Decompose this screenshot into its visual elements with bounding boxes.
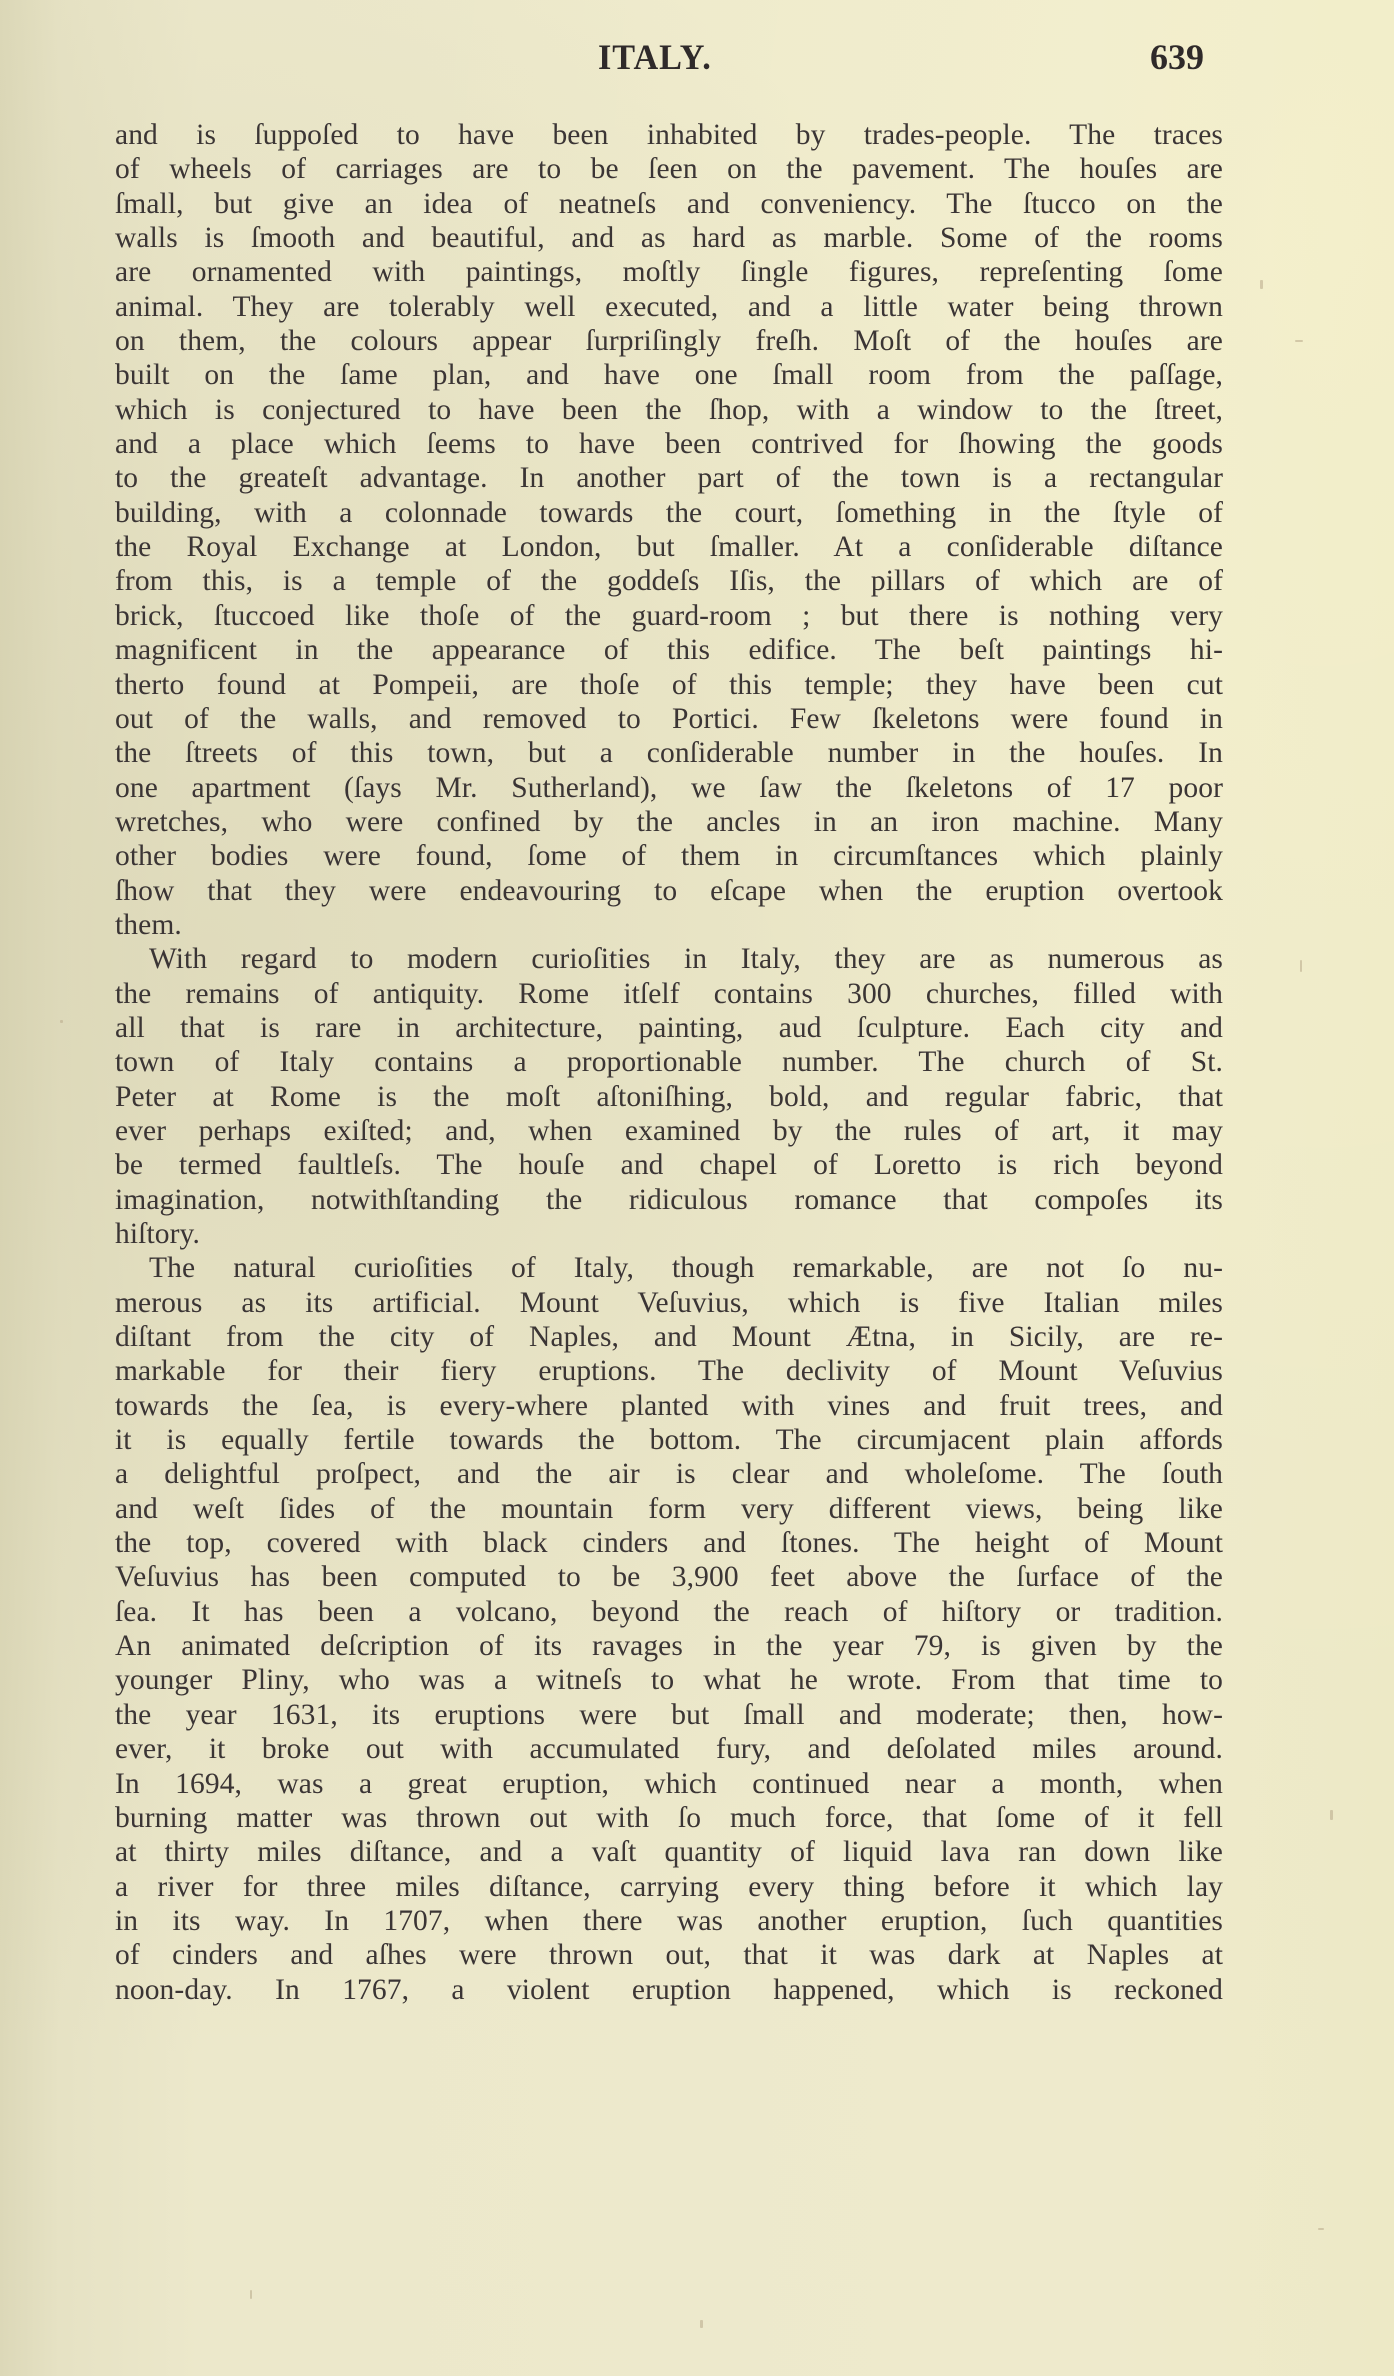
text-line: imagination, notwithſtanding the ridicul… (115, 1183, 1223, 1217)
text-line: of cinders and aſhes were thrown out, th… (115, 1938, 1223, 1972)
text-line: in its way. In 1707, when there was anot… (115, 1904, 1223, 1938)
text-line: a river for three miles diſtance, carryi… (115, 1870, 1223, 1904)
text-line: from this, is a temple of the goddeſs Iſ… (115, 564, 1223, 598)
text-line: which is conjectured to have been the ſh… (115, 393, 1223, 427)
text-line: ſmall, but give an idea of neatneſs and … (115, 187, 1223, 221)
text-line: town of Italy contains a proportionable … (115, 1045, 1223, 1079)
text-line: all that is rare in architecture, painti… (115, 1011, 1223, 1045)
paragraph-natural-curiosities: The natural curioſities of Italy, though… (115, 1251, 1223, 2007)
paper-speck (1330, 1810, 1333, 1820)
text-line: animal. They are tolerably well executed… (115, 290, 1223, 324)
text-line: burning matter was thrown out with ſo mu… (115, 1801, 1223, 1835)
running-title: ITALY. (598, 36, 712, 78)
text-line: and weſt ſides of the mountain form very… (115, 1492, 1223, 1526)
text-line: one apartment (ſays Mr. Sutherland), we … (115, 771, 1223, 805)
paper-speck (1300, 960, 1302, 972)
text-line: and is ſuppoſed to have been inhabited b… (115, 118, 1223, 152)
paper-speck (1318, 2228, 1324, 2230)
text-line: ſea. It has been a volcano, beyond the r… (115, 1595, 1223, 1629)
paper-speck (250, 2290, 252, 2299)
text-line: towards the ſea, is every-where planted … (115, 1389, 1223, 1423)
paragraph-pompeii-houses: and is ſuppoſed to have been inhabited b… (115, 118, 1223, 942)
paper-speck (1260, 280, 1263, 289)
text-line: younger Pliny, who was a witneſs to what… (115, 1663, 1223, 1697)
text-line: walls is ſmooth and beautiful, and as ha… (115, 221, 1223, 255)
text-line: the top, covered with black cinders and … (115, 1526, 1223, 1560)
text-line: wretches, who were confined by the ancle… (115, 805, 1223, 839)
text-line: the remains of antiquity. Rome itſelf co… (115, 977, 1223, 1011)
text-line: them. (115, 908, 1223, 942)
text-line: and a place which ſeems to have been con… (115, 427, 1223, 461)
text-line: brick, ſtuccoed like thoſe of the guard-… (115, 599, 1223, 633)
body-text: and is ſuppoſed to have been inhabited b… (115, 118, 1223, 2007)
text-line: out of the walls, and removed to Portici… (115, 702, 1223, 736)
text-line: to the greateſt advantage. In another pa… (115, 461, 1223, 495)
page-number: 639 (1150, 36, 1204, 78)
text-line: built on the ſame plan, and have one ſma… (115, 358, 1223, 392)
text-line: magnificent in the appearance of this ed… (115, 633, 1223, 667)
text-line: The natural curioſities of Italy, though… (115, 1251, 1223, 1285)
text-line: An animated deſcription of its ravages i… (115, 1629, 1223, 1663)
text-line: ever perhaps exiſted; and, when examined… (115, 1114, 1223, 1148)
text-line: are ornamented with paintings, moſtly ſi… (115, 255, 1223, 289)
text-line: noon-day. In 1767, a violent eruption ha… (115, 1973, 1223, 2007)
text-line: hiſtory. (115, 1217, 1223, 1251)
text-line: markable for their fiery eruptions. The … (115, 1354, 1223, 1388)
text-line: the year 1631, its eruptions were but ſm… (115, 1698, 1223, 1732)
paragraph-modern-curiosities: With regard to modern curioſities in Ita… (115, 942, 1223, 1251)
book-page: ITALY. 639 and is ſuppoſed to have been … (0, 0, 1394, 2376)
text-line: merous as its artificial. Mount Veſuvius… (115, 1286, 1223, 1320)
text-line: building, with a colonnade towards the c… (115, 496, 1223, 530)
text-line: ſhow that they were endeavouring to eſca… (115, 874, 1223, 908)
text-line: a delightful proſpect, and the air is cl… (115, 1457, 1223, 1491)
text-line: ever, it broke out with accumulated fury… (115, 1732, 1223, 1766)
text-line: the ſtreets of this town, but a conſider… (115, 736, 1223, 770)
text-line: on them, the colours appear ſurpriſingly… (115, 324, 1223, 358)
paper-speck (60, 1020, 63, 1023)
running-head: ITALY. 639 (0, 36, 1394, 86)
text-line: of wheels of carriages are to be ſeen on… (115, 152, 1223, 186)
paper-speck (700, 2320, 703, 2328)
text-line: be termed faultleſs. The houſe and chape… (115, 1148, 1223, 1182)
text-line: the Royal Exchange at London, but ſmalle… (115, 530, 1223, 564)
text-line: Peter at Rome is the moſt aſtoniſhing, b… (115, 1080, 1223, 1114)
text-line: it is equally fertile towards the bottom… (115, 1423, 1223, 1457)
text-line: Veſuvius has been computed to be 3,900 f… (115, 1560, 1223, 1594)
text-line: In 1694, was a great eruption, which con… (115, 1767, 1223, 1801)
text-line: With regard to modern curioſities in Ita… (115, 942, 1223, 976)
text-line: other bodies were found, ſome of them in… (115, 839, 1223, 873)
text-line: diſtant from the city of Naples, and Mou… (115, 1320, 1223, 1354)
paper-speck (1295, 340, 1303, 342)
text-line: therto found at Pompeii, are thoſe of th… (115, 668, 1223, 702)
text-line: at thirty miles diſtance, and a vaſt qua… (115, 1835, 1223, 1869)
